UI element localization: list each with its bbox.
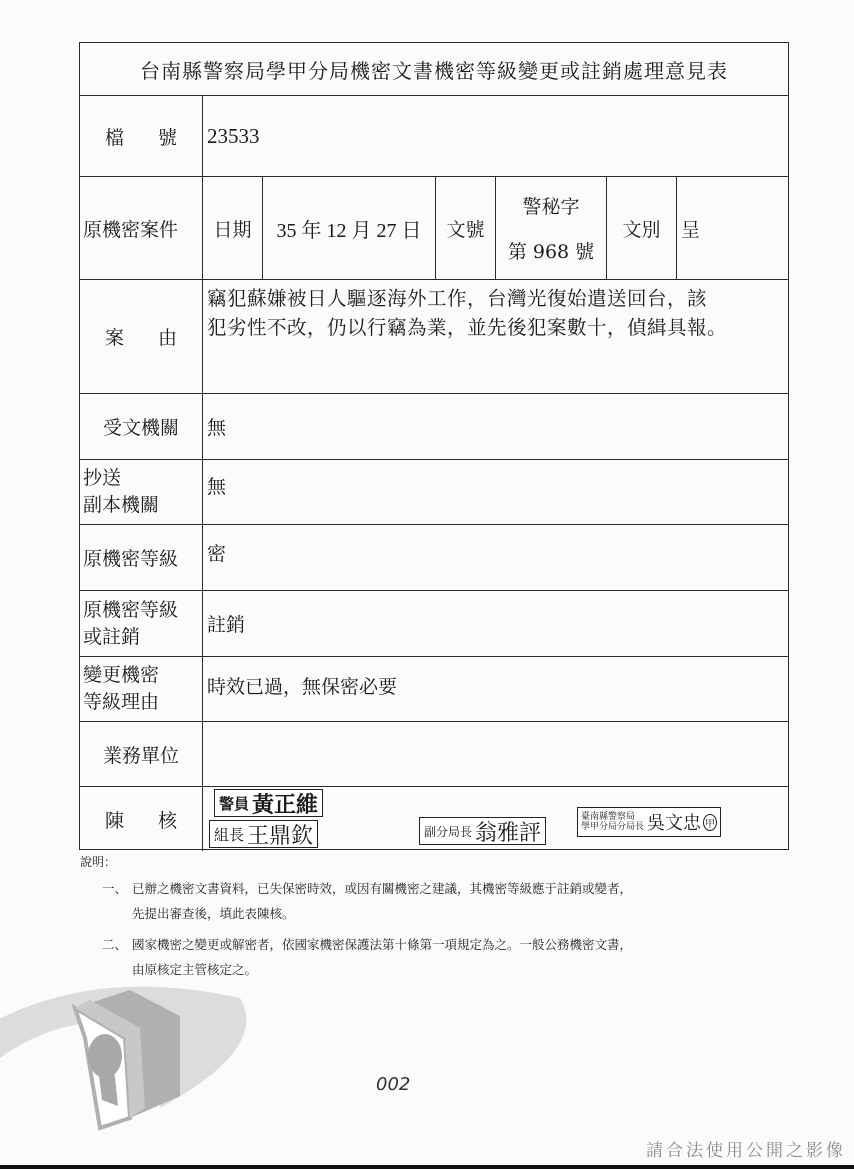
original-level-label: 原機密等級 — [80, 525, 202, 590]
copy-to-row: 抄送 副本機關 無 — [80, 459, 788, 524]
classification-form-table: 台南縣警察局學甲分局機密文書機密等級變更或註銷處理意見表 檔 號 23533 原… — [79, 42, 789, 850]
copy-to-label: 抄送 副本機關 — [80, 460, 202, 524]
officer-name: 黃正維 — [252, 788, 318, 819]
doc-number-line1: 警秘字 — [522, 192, 579, 219]
level-or-cancel-label-line2: 或註銷 — [83, 624, 140, 651]
level-or-cancel-label: 原機密等級 或註銷 — [80, 591, 202, 656]
chief-org-line2: 學甲分局分局長 — [581, 822, 644, 832]
original-level-row: 原機密等級 密 — [80, 524, 788, 590]
date-value: 35 年 12 月 27 日 — [262, 177, 435, 279]
document-page: 台南縣警察局學甲分局機密文書機密等級變更或註銷處理意見表 檔 號 23533 原… — [0, 0, 854, 1169]
change-reason-row: 變更機密 等級理由 時效已過，無保密必要 — [80, 656, 788, 721]
file-number-value: 23533 — [202, 96, 788, 176]
chief-org: 臺南縣警察局 學甲分局分局長 — [581, 812, 644, 832]
review-stamps-area: 警員 黃正維 組長 王鼎欽 副分局長 翁雅評 臺南縣警察局 學甲分局分局長 吳文 — [202, 787, 788, 851]
section-chief-stamp: 組長 王鼎欽 — [209, 820, 318, 848]
section-chief-name: 王鼎欽 — [247, 819, 313, 850]
doc-type-label: 文別 — [606, 177, 676, 279]
deputy-chief-name: 翁雅評 — [475, 816, 541, 847]
note-text-line2: 先提出審查後，填此表陳核。 — [132, 901, 800, 926]
change-reason-label-line1: 變更機密 — [83, 662, 159, 689]
file-number-row: 檔 號 23533 — [80, 95, 788, 176]
recipient-row: 受文機關 無 — [80, 393, 788, 459]
business-unit-label: 業務單位 — [80, 722, 202, 786]
copy-to-label-line2: 副本機關 — [83, 492, 159, 519]
officer-stamp: 警員 黃正維 — [214, 789, 323, 817]
copy-to-label-line1: 抄送 — [83, 465, 121, 492]
review-row: 陳 核 警員 黃正維 組長 王鼎欽 副分局長 翁雅評 臺南縣警察局 學 — [80, 786, 788, 851]
doc-type-value: 呈 — [676, 177, 788, 279]
copy-to-value: 無 — [202, 460, 788, 524]
note-text-line1: 國家機密之變更或解密者，依國家機密保護法第十條第一項規定為之。一般公務機密文書， — [132, 932, 800, 957]
form-title: 台南縣警察局學甲分局機密文書機密等級變更或註銷處理意見表 — [80, 43, 788, 95]
original-case-row: 原機密案件 日期 35 年 12 月 27 日 文號 警秘字 第 968 號 文… — [80, 176, 788, 279]
note-item-1: 一、 已辦之機密文書資料，已失保密時效，或因有關機密之建議，其機密等級應于註銷或… — [80, 876, 800, 926]
file-number-label: 檔 號 — [80, 96, 202, 176]
footer-watermark: 請合法使用公開之影像 — [646, 1136, 846, 1161]
chief-name: 吳文忠 — [647, 809, 701, 835]
note-number: 二、 — [102, 932, 127, 957]
archive-logo-watermark-icon — [0, 968, 250, 1168]
note-number: 一、 — [102, 876, 127, 901]
date-label: 日期 — [202, 177, 262, 279]
doc-number-line2: 第 968 號 — [508, 237, 594, 264]
note-text-line1: 已辦之機密文書資料，已失保密時效，或因有關機密之建議，其機密等級應于註銷或變者， — [132, 876, 800, 901]
doc-number-value: 警秘字 第 968 號 — [495, 177, 606, 279]
case-reason-label: 案 由 — [80, 280, 202, 393]
recipient-label: 受文機關 — [80, 394, 202, 459]
change-reason-label-line2: 等級理由 — [83, 689, 159, 716]
deputy-chief-title: 副分局長 — [424, 823, 472, 840]
chief-stamp: 臺南縣警察局 學甲分局分局長 吳文忠 甲 — [577, 807, 721, 837]
level-or-cancel-value: 註銷 — [202, 591, 788, 656]
level-or-cancel-row: 原機密等級 或註銷 註銷 — [80, 590, 788, 656]
level-or-cancel-label-line1: 原機密等級 — [83, 597, 178, 624]
section-chief-title: 組長 — [214, 824, 244, 845]
case-reason-line1: 竊犯蘇嫌被日人驅逐海外工作，台灣光復始遣送回台，該 — [207, 284, 727, 313]
deputy-chief-stamp: 副分局長 翁雅評 — [419, 817, 546, 845]
page-number: 002 — [376, 1074, 410, 1095]
change-reason-value: 時效已過，無保密必要 — [202, 657, 788, 721]
original-case-label: 原機密案件 — [80, 177, 202, 279]
case-reason-value: 竊犯蘇嫌被日人驅逐海外工作，台灣光復始遣送回台，該 犯劣性不改，仍以行竊為業，並… — [202, 280, 788, 393]
instructions-notes: 說明： 一、 已辦之機密文書資料，已失保密時效，或因有關機密之建議，其機密等級應… — [80, 853, 800, 982]
case-reason-line2: 犯劣性不改，仍以行竊為業，並先後犯案數十，偵緝具報。 — [207, 313, 727, 342]
business-unit-row: 業務單位 — [80, 721, 788, 786]
change-reason-label: 變更機密 等級理由 — [80, 657, 202, 721]
business-unit-value — [202, 722, 788, 786]
review-label: 陳 核 — [80, 787, 202, 851]
title-row: 台南縣警察局學甲分局機密文書機密等級變更或註銷處理意見表 — [80, 43, 788, 95]
officer-title: 警員 — [219, 793, 249, 814]
chief-org-line1: 臺南縣警察局 — [581, 812, 644, 822]
doc-number-label: 文號 — [435, 177, 495, 279]
footer-bar — [0, 1165, 854, 1169]
case-reason-row: 案 由 竊犯蘇嫌被日人驅逐海外工作，台灣光復始遣送回台，該 犯劣性不改，仍以行竊… — [80, 279, 788, 393]
chief-seal: 甲 — [703, 814, 717, 831]
recipient-value: 無 — [202, 394, 788, 459]
original-level-value: 密 — [202, 525, 788, 590]
notes-heading: 說明： — [80, 853, 800, 870]
